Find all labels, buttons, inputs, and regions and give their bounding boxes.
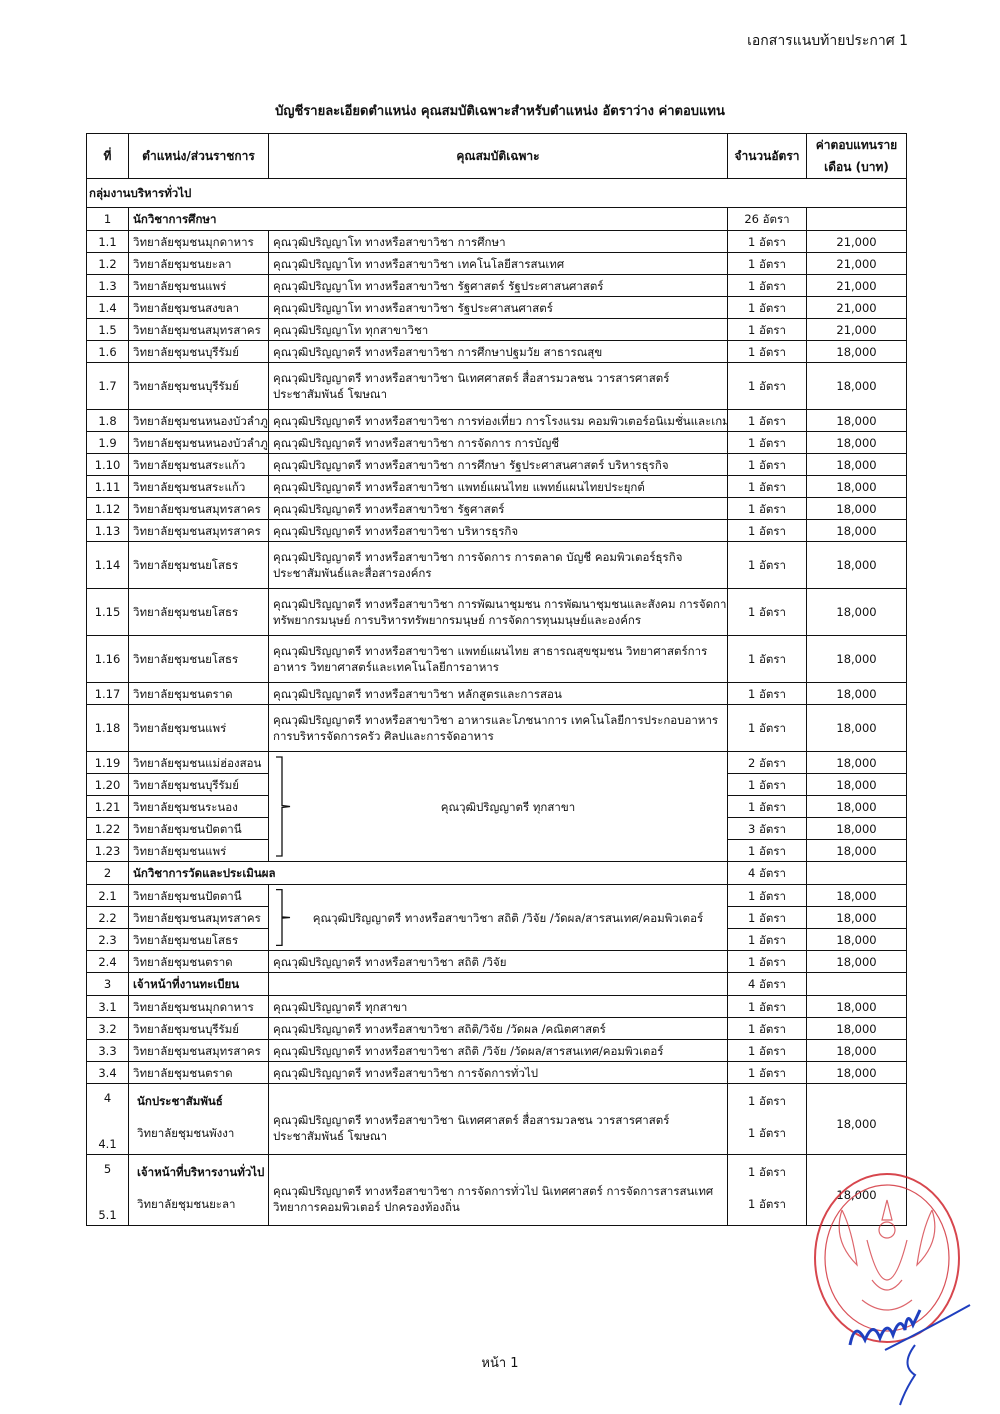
row-unit: วิทยาลัยชุมชนหนองบัวลำภู [129,410,269,432]
row-unit: วิทยาลัยชุมชนสมุทรสาคร [129,520,269,542]
row-unit: วิทยาลัยชุมชนสมุทรสาคร [129,319,269,341]
row-no: 1.5 [87,319,129,341]
table-row: 1.4วิทยาลัยชุมชนสงขลาคุณวุฒิปริญญาโท ทาง… [87,297,907,319]
document-title: บัญชีรายละเอียดตำแหน่ง คุณสมบัติเฉพาะสำห… [0,100,1000,121]
row-no: 1.2 [87,253,129,275]
row-pay: 18,000 [807,1155,907,1226]
row-pay: 18,000 [807,1018,907,1040]
row-qualification: คุณวุฒิปริญญาโท ทางหรือสาขาวิชา รัฐประศา… [269,297,728,319]
table-row: 1.14วิทยาลัยชุมชนยโสธรคุณวุฒิปริญญาตรี ท… [87,542,907,589]
row-count: 1 อัตรา [728,410,807,432]
row-pay: 18,000 [807,341,907,363]
row-no: 1.21 [87,796,129,818]
row-pay: 18,000 [807,1084,907,1155]
row-no: 1.12 [87,498,129,520]
row-count: 1 อัตรา [728,275,807,297]
row-no: 1.13 [87,520,129,542]
header-count: จำนวนอัตรา [728,134,807,179]
table-row: 1.18วิทยาลัยชุมชนแพร่คุณวุฒิปริญญาตรี ทา… [87,705,907,752]
category-count: 1 อัตรา [732,1087,802,1115]
row-pay: 18,000 [807,1062,907,1084]
row-unit: วิทยาลัยชุมชนระนอง [129,796,269,818]
row-pay: 18,000 [807,454,907,476]
empty-cell [807,862,907,885]
row-unit: วิทยาลัยชุมชนบุรีรัมย์ [129,1018,269,1040]
row-pay: 18,000 [807,363,907,410]
row-no: 1.1 [87,231,129,253]
group-row: กลุ่มงานบริหารทั่วไป [87,179,907,208]
table-row: 1.11วิทยาลัยชุมชนสระแก้วคุณวุฒิปริญญาตรี… [87,476,907,498]
brace-icon [275,756,291,857]
row-no: 2.3 [87,929,129,951]
row-count: 1 อัตรา [728,319,807,341]
shared-qualification: คุณวุฒิปริญญาตรี ทุกสาขา [269,752,728,862]
row-pay: 21,000 [807,319,907,341]
row-count: 2 อัตรา [728,752,807,774]
row-no: 3.1 [87,996,129,1018]
row-count: 1 อัตรา [728,796,807,818]
row-pay: 18,000 [807,752,907,774]
row-pay: 18,000 [807,636,907,683]
row-no: 1.23 [87,840,129,862]
category-count: 4 อัตรา [728,973,807,996]
table-row: 44.1นักประชาสัมพันธ์วิทยาลัยชุมชนพังงาคุ… [87,1084,907,1155]
category-position: นักวิชาการวัดและประเมินผล [129,862,728,885]
table-row: 1.5วิทยาลัยชุมชนสมุทรสาครคุณวุฒิปริญญาโท… [87,319,907,341]
header-no: ที่ [87,134,129,179]
row-count: 1 อัตรา [728,498,807,520]
table-row: 1.19วิทยาลัยชุมชนแม่ฮ่องสอนคุณวุฒิปริญญา… [87,752,907,774]
header-pay: ค่าตอบแทนราย เดือน (บาท) [807,134,907,179]
row-unit: วิทยาลัยชุมชนแพร่ [129,840,269,862]
sub-no: 5.1 [91,1205,124,1225]
table-row: 1.2วิทยาลัยชุมชนยะลาคุณวุฒิปริญญาโท ทางห… [87,253,907,275]
row-no: 1.14 [87,542,129,589]
category-position: เจ้าหน้าที่งานทะเบียน [129,973,269,996]
qualification-line: ประชาสัมพันธ์และสื่อสารองค์กร [273,565,723,581]
row-qualification: คุณวุฒิปริญญาโท ทางหรือสาขาวิชา เทคโนโลย… [269,253,728,275]
row-qualification: คุณวุฒิปริญญาตรี ทางหรือสาขาวิชา การศึกษ… [269,341,728,363]
table-row: 1.16วิทยาลัยชุมชนยโสธรคุณวุฒิปริญญาตรี ท… [87,636,907,683]
category-row: 1 นักวิชาการศึกษา 26 อัตรา [87,208,907,231]
row-pay: 18,000 [807,432,907,454]
qualification-line: คุณวุฒิปริญญาตรี ทางหรือสาขาวิชา อาหารแล… [273,712,723,728]
row-no: 1.22 [87,818,129,840]
row-count: 1 อัตรา [728,907,807,929]
table-row: 1.12วิทยาลัยชุมชนสมุทรสาครคุณวุฒิปริญญาต… [87,498,907,520]
table-row: 2.4วิทยาลัยชุมชนตราดคุณวุฒิปริญญาตรี ทาง… [87,951,907,973]
row-unit: วิทยาลัยชุมชนบุรีรัมย์ [129,363,269,410]
row-count: 1 อัตรา [728,231,807,253]
row-unit: วิทยาลัยชุมชนสระแก้ว [129,454,269,476]
row-no: 3.4 [87,1062,129,1084]
row-qualification: คุณวุฒิปริญญาตรี ทางหรือสาขาวิชา หลักสูต… [269,683,728,705]
row-pay: 18,000 [807,818,907,840]
brace-icon [275,889,291,946]
row-qualification: คุณวุฒิปริญญาตรี ทางหรือสาขาวิชา แพทย์แผ… [269,476,728,498]
row-count: 1 อัตรา [728,929,807,951]
row-count: 1 อัตรา [728,996,807,1018]
row-pay: 21,000 [807,231,907,253]
row-qualification: คุณวุฒิปริญญาตรี ทางหรือสาขาวิชา การจัดก… [269,1155,728,1226]
row-qualification: คุณวุฒิปริญญาตรี ทางหรือสาขาวิชา นิเทศศา… [269,363,728,410]
category-count: 26 อัตรา [728,208,807,231]
category-no: 3 [87,973,129,996]
row-qualification: คุณวุฒิปริญญาตรี ทางหรือสาขาวิชา สถิติ/ว… [269,1018,728,1040]
table-row: 1.17วิทยาลัยชุมชนตราดคุณวุฒิปริญญาตรี ทา… [87,683,907,705]
row-qualification: คุณวุฒิปริญญาตรี ทางหรือสาขาวิชา การศึกษ… [269,454,728,476]
qualification-line: ประชาสัมพันธ์ โฆษณา [273,386,723,402]
row-pay: 21,000 [807,297,907,319]
table-header-row: ที่ ตำแหน่ง/ส่วนราชการ คุณสมบัติเฉพาะ จำ… [87,134,907,179]
row-count: 1 อัตรา [728,476,807,498]
qualification-line: การบริหารจัดการครัว ศิลปและการจัดอาหาร [273,728,723,744]
row-qualification: คุณวุฒิปริญญาตรี ทางหรือสาขาวิชา การจัดก… [269,542,728,589]
row-qualification: คุณวุฒิปริญญาตรี ทางหรือสาขาวิชา สถิติ /… [269,1040,728,1062]
row-count: 1 อัตรา1 อัตรา [728,1155,807,1226]
shared-qualification: คุณวุฒิปริญญาตรี ทางหรือสาขาวิชา สถิติ /… [269,885,728,951]
row-pay: 18,000 [807,476,907,498]
row-pay: 18,000 [807,542,907,589]
row-no: 1.10 [87,454,129,476]
table-row: 3.3วิทยาลัยชุมชนสมุทรสาครคุณวุฒิปริญญาตร… [87,1040,907,1062]
group-label: กลุ่มงานบริหารทั่วไป [87,179,907,208]
row-count: 1 อัตรา [728,363,807,410]
row-no: 1.15 [87,589,129,636]
row-no: 1.6 [87,341,129,363]
annex-label: เอกสารแนบท้ายประกาศ 1 [747,30,908,52]
row-unit: วิทยาลัยชุมชนสระแก้ว [129,476,269,498]
row-pay: 18,000 [807,774,907,796]
row-count: 1 อัตรา [728,341,807,363]
row-qualification: คุณวุฒิปริญญาตรี ทางหรือสาขาวิชา บริหารธ… [269,520,728,542]
row-unit: วิทยาลัยชุมชนแม่ฮ่องสอน [129,752,269,774]
row-unit: วิทยาลัยชุมชนยโสธร [129,929,269,951]
row-no: 1.17 [87,683,129,705]
empty-cell [807,973,907,996]
row-qualification: คุณวุฒิปริญญาตรี ทางหรือสาขาวิชา รัฐศาสต… [269,498,728,520]
row-pay: 18,000 [807,885,907,907]
category-no: 2 [87,862,129,885]
row-unit: วิทยาลัยชุมชนสมุทรสาคร [129,1040,269,1062]
row-qualification: คุณวุฒิปริญญาตรี ทางหรือสาขาวิชา การจัดก… [269,1062,728,1084]
positions-table: ที่ ตำแหน่ง/ส่วนราชการ คุณสมบัติเฉพาะ จำ… [86,133,907,1226]
row-qualification: คุณวุฒิปริญญาโท ทุกสาขาวิชา [269,319,728,341]
row-unit: วิทยาลัยชุมชนสมุทรสาคร [129,907,269,929]
row-no: 55.1 [87,1155,129,1226]
row-unit: วิทยาลัยชุมชนยโสธร [129,542,269,589]
row-unit: วิทยาลัยชุมชนบุรีรัมย์ [129,341,269,363]
row-qualification: คุณวุฒิปริญญาโท ทางหรือสาขาวิชา การศึกษา [269,231,728,253]
category-count: 1 อัตรา [732,1158,802,1186]
row-no: 1.18 [87,705,129,752]
row-count: 1 อัตรา [728,885,807,907]
qualification-line: คุณวุฒิปริญญาตรี ทางหรือสาขาวิชา การพัฒน… [273,596,723,612]
category-no: 4 [91,1084,124,1112]
table-row: 1.15วิทยาลัยชุมชนยโสธรคุณวุฒิปริญญาตรี ท… [87,589,907,636]
row-count: 1 อัตรา [728,1062,807,1084]
row-count: 1 อัตรา [728,951,807,973]
row-unit: เจ้าหน้าที่บริหารงานทั่วไปวิทยาลัยชุมชนย… [129,1155,269,1226]
row-no: 1.4 [87,297,129,319]
qualification-line: อาหาร วิทยาศาสตร์และเทคโนโลยีการอาหาร [273,659,723,675]
row-qualification: คุณวุฒิปริญญาตรี ทางหรือสาขาวิชา อาหารแล… [269,705,728,752]
table-row: 1.13วิทยาลัยชุมชนสมุทรสาครคุณวุฒิปริญญาต… [87,520,907,542]
qualification-line: คุณวุฒิปริญญาตรี ทางหรือสาขาวิชา นิเทศศา… [273,1112,723,1128]
row-no: 2.2 [87,907,129,929]
row-unit: วิทยาลัยชุมชนสงขลา [129,297,269,319]
row-qualification: คุณวุฒิปริญญาตรี ทางหรือสาขาวิชา แพทย์แผ… [269,636,728,683]
sub-unit: วิทยาลัยชุมชนพังงา [133,1115,264,1151]
row-pay: 18,000 [807,683,907,705]
category-position: เจ้าหน้าที่บริหารงานทั่วไป [133,1158,264,1186]
row-pay: 18,000 [807,996,907,1018]
row-unit: วิทยาลัยชุมชนมุกดาหาร [129,231,269,253]
row-no: 1.8 [87,410,129,432]
table-row: 3.1วิทยาลัยชุมชนมุกดาหารคุณวุฒิปริญญาตรี… [87,996,907,1018]
empty-cell [269,973,728,996]
row-count: 1 อัตรา [728,774,807,796]
header-qualification: คุณสมบัติเฉพาะ [269,134,728,179]
category-row: 3เจ้าหน้าที่งานทะเบียน4 อัตรา [87,973,907,996]
row-no: 3.3 [87,1040,129,1062]
sub-unit: วิทยาลัยชุมชนยะลา [133,1186,264,1222]
qualification-line: คุณวุฒิปริญญาตรี ทางหรือสาขาวิชา นิเทศศา… [273,370,723,386]
row-pay: 18,000 [807,520,907,542]
category-position: นักวิชาการศึกษา [129,208,728,231]
table-row: 3.2วิทยาลัยชุมชนบุรีรัมย์คุณวุฒิปริญญาตร… [87,1018,907,1040]
row-pay: 18,000 [807,410,907,432]
row-unit: วิทยาลัยชุมชนแพร่ [129,705,269,752]
qualification-line: คุณวุฒิปริญญาตรี ทางหรือสาขาวิชา การจัดก… [273,1183,723,1199]
qualification-line: คุณวุฒิปริญญาตรี ทางหรือสาขาวิชา แพทย์แผ… [273,643,723,659]
table-row: 1.8วิทยาลัยชุมชนหนองบัวลำภูคุณวุฒิปริญญา… [87,410,907,432]
row-count: 1 อัตรา1 อัตรา [728,1084,807,1155]
table-row: 1.10วิทยาลัยชุมชนสระแก้วคุณวุฒิปริญญาตรี… [87,454,907,476]
row-unit: วิทยาลัยชุมชนปัตตานี [129,885,269,907]
table-row: 1.1วิทยาลัยชุมชนมุกดาหารคุณวุฒิปริญญาโท … [87,231,907,253]
signature-icon [845,1290,975,1410]
row-pay: 18,000 [807,796,907,818]
table-row: 55.1เจ้าหน้าที่บริหารงานทั่วไปวิทยาลัยชุ… [87,1155,907,1226]
row-no: 2.1 [87,885,129,907]
row-no: 1.3 [87,275,129,297]
row-unit: นักประชาสัมพันธ์วิทยาลัยชุมชนพังงา [129,1084,269,1155]
row-unit: วิทยาลัยชุมชนหนองบัวลำภู [129,432,269,454]
category-no: 5 [91,1155,124,1183]
category-count: 4 อัตรา [728,862,807,885]
row-pay: 18,000 [807,589,907,636]
qualification-line: คุณวุฒิปริญญาตรี ทางหรือสาขาวิชา การจัดก… [273,549,723,565]
row-no: 3.2 [87,1018,129,1040]
row-count: 1 อัตรา [728,683,807,705]
row-count: 1 อัตรา [728,454,807,476]
row-unit: วิทยาลัยชุมชนแพร่ [129,275,269,297]
table-row: 1.3วิทยาลัยชุมชนแพร่คุณวุฒิปริญญาโท ทางห… [87,275,907,297]
category-no: 1 [87,208,129,231]
row-unit: วิทยาลัยชุมชนยะลา [129,253,269,275]
row-pay: 18,000 [807,705,907,752]
row-count: 1 อัตรา [728,589,807,636]
row-pay: 18,000 [807,840,907,862]
row-no: 2.4 [87,951,129,973]
row-unit: วิทยาลัยชุมชนบุรีรัมย์ [129,774,269,796]
category-position: นักประชาสัมพันธ์ [133,1087,264,1115]
row-no: 1.19 [87,752,129,774]
row-count: 1 อัตรา [728,432,807,454]
row-count: 1 อัตรา [728,520,807,542]
row-unit: วิทยาลัยชุมชนตราด [129,683,269,705]
row-no: 1.9 [87,432,129,454]
row-qualification: คุณวุฒิปริญญาตรี ทางหรือสาขาวิชา การจัดก… [269,432,728,454]
row-count: 1 อัตรา [728,705,807,752]
row-qualification: คุณวุฒิปริญญาตรี ทางหรือสาขาวิชา การพัฒน… [269,589,728,636]
row-unit: วิทยาลัยชุมชนสมุทรสาคร [129,498,269,520]
page-number: หน้า 1 [0,1352,1000,1373]
row-unit: วิทยาลัยชุมชนตราด [129,1062,269,1084]
qualification-line: วิทยาการคอมพิวเตอร์ ปกครองท้องถิ่น [273,1199,723,1215]
row-unit: วิทยาลัยชุมชนตราด [129,951,269,973]
row-no: 1.11 [87,476,129,498]
row-pay: 21,000 [807,253,907,275]
row-pay: 21,000 [807,275,907,297]
row-unit: วิทยาลัยชุมชนมุกดาหาร [129,996,269,1018]
table-row: 3.4วิทยาลัยชุมชนตราดคุณวุฒิปริญญาตรี ทาง… [87,1062,907,1084]
row-no: 1.7 [87,363,129,410]
row-unit: วิทยาลัยชุมชนยโสธร [129,589,269,636]
row-no: 1.20 [87,774,129,796]
sub-count: 1 อัตรา [732,1115,802,1151]
row-qualification: คุณวุฒิปริญญาตรี ทางหรือสาขาวิชา นิเทศศา… [269,1084,728,1155]
row-pay: 18,000 [807,1040,907,1062]
qualification-line: ประชาสัมพันธ์ โฆษณา [273,1128,723,1144]
table-row: 2.1วิทยาลัยชุมชนปัตตานีคุณวุฒิปริญญาตรี … [87,885,907,907]
qualification-text: คุณวุฒิปริญญาตรี ทุกสาขา [421,800,575,814]
qualification-line: ทรัพยากรมนุษย์ การบริหารทรัพยากรมนุษย์ ก… [273,612,723,628]
row-count: 1 อัตรา [728,1040,807,1062]
qualification-text: คุณวุฒิปริญญาตรี ทางหรือสาขาวิชา สถิติ /… [293,911,703,925]
row-no: 1.16 [87,636,129,683]
category-row: 2นักวิชาการวัดและประเมินผล4 อัตรา [87,862,907,885]
row-count: 3 อัตรา [728,818,807,840]
row-count: 1 อัตรา [728,1018,807,1040]
row-qualification: คุณวุฒิปริญญาตรี ทางหรือสาขาวิชา การท่อง… [269,410,728,432]
row-qualification: คุณวุฒิปริญญาตรี ทุกสาขา [269,996,728,1018]
row-count: 1 อัตรา [728,297,807,319]
row-count: 1 อัตรา [728,840,807,862]
row-count: 1 อัตรา [728,542,807,589]
row-pay: 18,000 [807,498,907,520]
row-pay: 18,000 [807,951,907,973]
table-row: 1.7วิทยาลัยชุมชนบุรีรัมย์คุณวุฒิปริญญาตร… [87,363,907,410]
row-unit: วิทยาลัยชุมชนปัตตานี [129,818,269,840]
sub-count: 1 อัตรา [732,1186,802,1222]
row-qualification: คุณวุฒิปริญญาตรี ทางหรือสาขาวิชา สถิติ /… [269,951,728,973]
table-row: 1.9วิทยาลัยชุมชนหนองบัวลำภูคุณวุฒิปริญญา… [87,432,907,454]
row-count: 1 อัตรา [728,636,807,683]
row-no: 44.1 [87,1084,129,1155]
table-row: 1.6วิทยาลัยชุมชนบุรีรัมย์คุณวุฒิปริญญาตร… [87,341,907,363]
row-unit: วิทยาลัยชุมชนยโสธร [129,636,269,683]
sub-no: 4.1 [91,1134,124,1154]
row-pay: 18,000 [807,929,907,951]
header-position: ตำแหน่ง/ส่วนราชการ [129,134,269,179]
row-qualification: คุณวุฒิปริญญาโท ทางหรือสาขาวิชา รัฐศาสตร… [269,275,728,297]
row-pay: 18,000 [807,907,907,929]
row-count: 1 อัตรา [728,253,807,275]
